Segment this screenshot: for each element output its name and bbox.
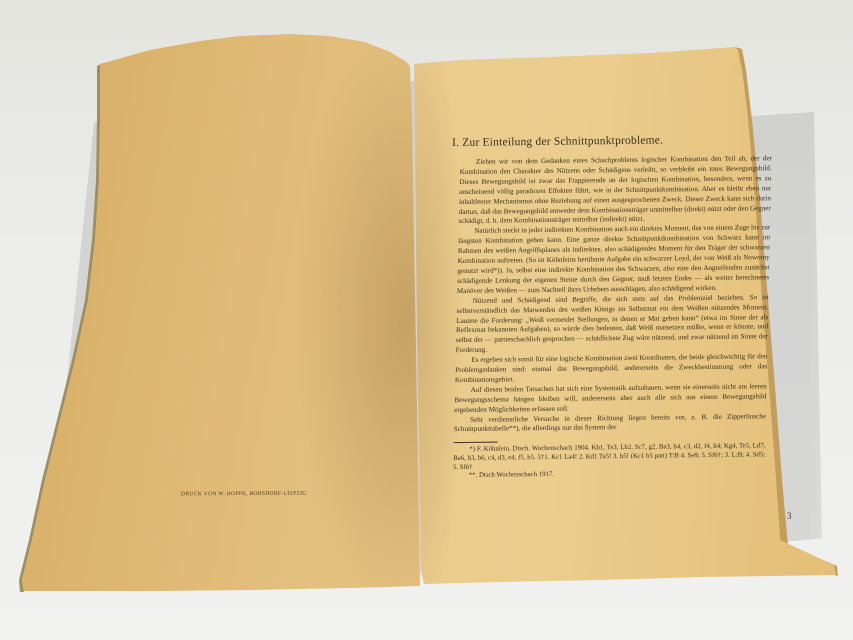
paragraph: Natürlich steckt in jeder indirekten Kom… [457,224,771,297]
footnote: *) F. Köhnlein. Dtsch. Wochenschach 1904… [453,443,766,473]
page-number: 3 [787,511,792,521]
paragraph: Ziehen wir von dem Gedanken eines Schach… [458,154,772,227]
paragraph: Nützend und Schädigend sind Begriffe, di… [456,293,769,356]
footnote-divider [454,442,498,444]
body-text: Ziehen wir von dem Gedanken eines Schach… [453,154,772,481]
paragraph: Auf diesen beiden Tatsachen hat sich ein… [454,382,767,416]
printer-imprint: DRUCK VON W. HOPPE, BORSDORF-LEIPZIG [181,491,307,498]
paragraph: Es ergeben sich somit für eine logische … [455,352,768,386]
paragraph: Sehr verdienstliche Versuche in dieser R… [454,412,766,436]
photo-scene: DRUCK VON W. HOPPE, BORSDORF-LEIPZIG I. … [0,0,853,640]
